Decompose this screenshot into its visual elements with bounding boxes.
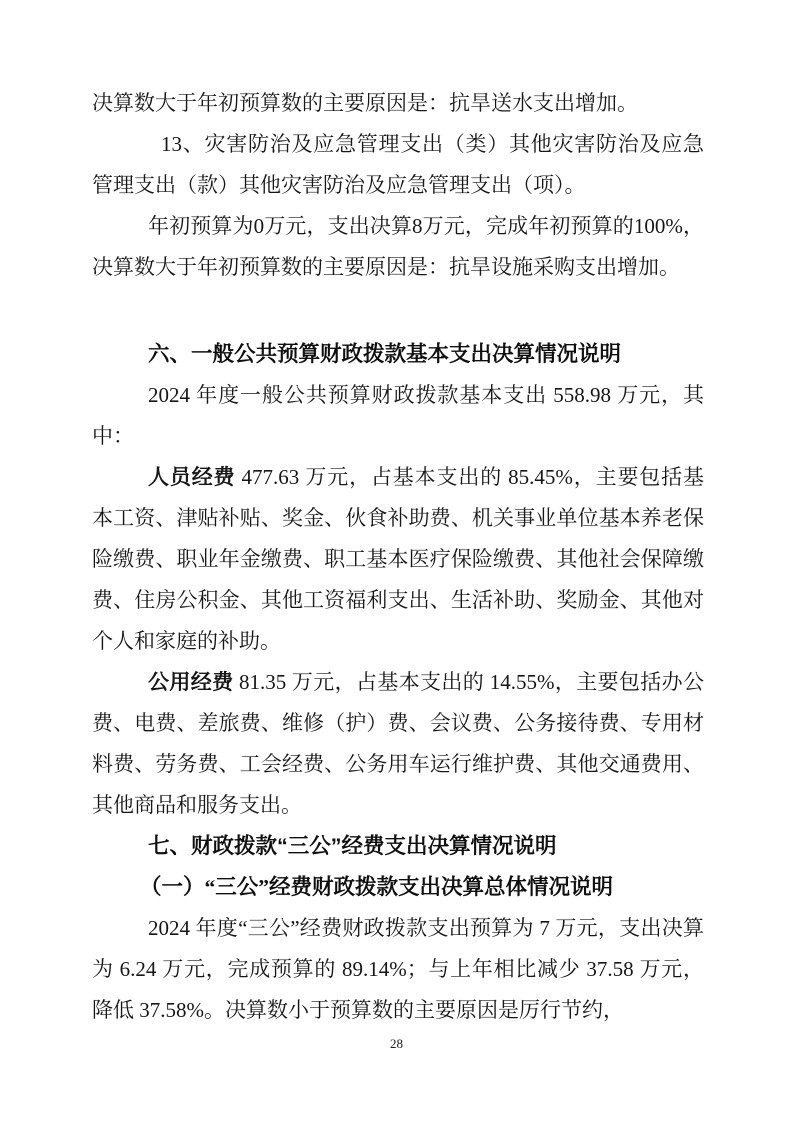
document-body: 决算数大于年初预算数的主要原因是：抗旱送水支出增加。 13、灾害防治及应急管理支… xyxy=(92,83,704,1031)
paragraph-three-public-funds-summary: 2024 年度“三公”经费财政拨款支出预算为 7 万元，支出决算为 6.24 万… xyxy=(92,908,704,1031)
paragraph-continuation-reason: 决算数大于年初预算数的主要原因是：抗旱送水支出增加。 xyxy=(92,83,704,124)
page-number: 28 xyxy=(0,1036,793,1052)
paragraph-personnel-funds: 人员经费 477.63 万元，占基本支出的 85.45%，主要包括基本工资、津贴… xyxy=(92,457,704,662)
personnel-funds-label: 人员经费 xyxy=(148,466,235,489)
subsection-heading-seven-one: （一）“三公”经费财政拨款支出决算总体情况说明 xyxy=(92,867,704,908)
personnel-funds-text: 477.63 万元，占基本支出的 85.45%，主要包括基本工资、津贴补贴、奖金… xyxy=(92,465,704,653)
section-heading-six: 六、一般公共预算财政拨款基本支出决算情况说明 xyxy=(92,334,704,375)
public-funds-label: 公用经费 xyxy=(148,671,233,694)
paragraph-basic-expenditure-total: 2024 年度一般公共预算财政拨款基本支出 558.98 万元，其中： xyxy=(92,375,704,457)
section-heading-seven: 七、财政拨款“三公”经费支出决算情况说明 xyxy=(92,826,704,867)
document-page: 决算数大于年初预算数的主要原因是：抗旱送水支出增加。 13、灾害防治及应急管理支… xyxy=(0,0,793,1122)
paragraph-item-13: 13、灾害防治及应急管理支出（类）其他灾害防治及应急管理支出（款）其他灾害防治及… xyxy=(92,124,704,206)
paragraph-item-13-budget-detail: 年初预算为0万元，支出决算8万元，完成年初预算的100%，决算数大于年初预算数的… xyxy=(92,206,704,288)
paragraph-public-funds: 公用经费 81.35 万元，占基本支出的 14.55%，主要包括办公费、电费、差… xyxy=(92,662,704,826)
